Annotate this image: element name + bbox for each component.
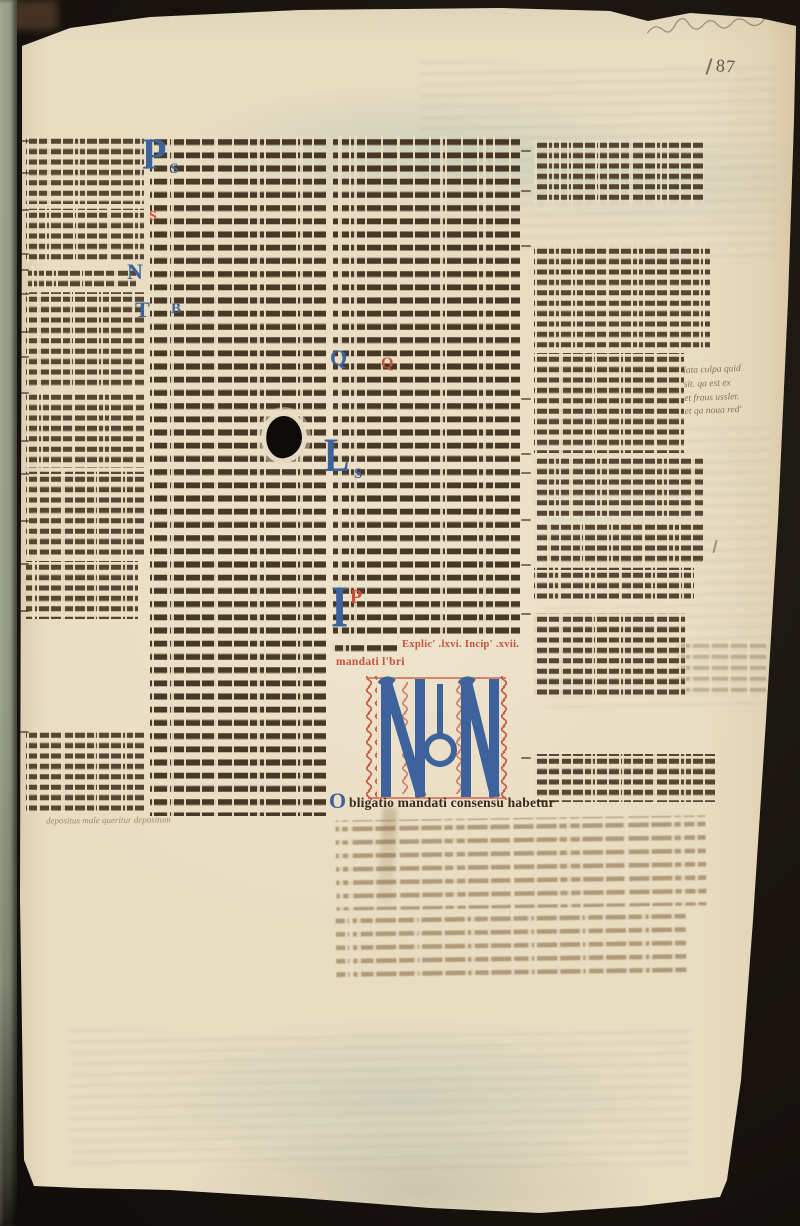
gloss-tie-mark — [19, 356, 29, 358]
left-margin-caption: depositus male queritur depositum — [46, 814, 171, 825]
gloss-tie-mark — [521, 150, 531, 152]
left-gloss-3 — [28, 266, 136, 288]
initial-letter-b-blue: B — [171, 302, 181, 317]
gloss-tie-mark — [521, 472, 531, 474]
left-gloss-4 — [26, 291, 144, 389]
right-gloss-1 — [534, 140, 704, 204]
initial-letter-p-blue: P — [142, 132, 166, 176]
initial-letter-s-blue: S — [170, 162, 178, 177]
gloss-tie-mark — [19, 140, 29, 142]
gloss-tie-mark — [19, 440, 29, 442]
gloss-tie-mark — [19, 392, 29, 394]
left-gloss-2 — [26, 207, 144, 263]
gloss-tie-mark — [521, 453, 531, 455]
left-gloss-5 — [26, 392, 144, 468]
gloss-tie-mark — [521, 398, 531, 400]
initial-letter-s-blue: S — [354, 467, 362, 482]
initial-letter-n-blue: N — [127, 261, 143, 283]
gloss-tie-mark — [521, 613, 531, 615]
left-gloss-6 — [26, 471, 144, 559]
right-gloss-solo-nudo — [534, 754, 716, 802]
right-gloss-mandatum — [534, 611, 686, 697]
gloss-tie-mark — [19, 520, 29, 522]
gloss-tie-mark — [19, 563, 29, 565]
right-gloss-2 — [534, 243, 710, 349]
main-column-2 — [333, 136, 520, 638]
facing-page-edge — [0, 0, 17, 1226]
main-column-1 — [150, 136, 326, 816]
gloss-tie-mark — [19, 253, 29, 255]
initial-letter-t-blue: T — [135, 299, 150, 321]
incipit-line: bligatio mandati consensu habetur — [349, 795, 555, 811]
gloss-tie-mark — [19, 293, 29, 295]
gloss-tie-mark — [521, 190, 531, 192]
initial-letter-p-red: P — [350, 587, 362, 607]
decorated-initial — [364, 674, 510, 802]
right-gloss-6 — [534, 567, 694, 603]
folio-number: 87 — [715, 55, 736, 77]
gloss-tie-mark — [19, 331, 29, 333]
rubric-explicit: Explic' .lxvi. Incip' .xvii. — [402, 639, 519, 650]
initial-letter-i-blue: I — [331, 578, 348, 637]
gloss-tie-mark — [19, 731, 29, 733]
initial-letter-q-blue: Q — [330, 347, 347, 369]
gloss-tie-mark — [19, 473, 29, 475]
show-through-bottom — [70, 1030, 690, 1170]
initial-letter-o-blue: O — [329, 790, 346, 812]
initial-letter-l-blue: L — [324, 432, 349, 480]
right-cursive-addition — [676, 640, 766, 696]
photo-backdrop: 87 Explic' .lxvi. Incip' .xvii. mandati … — [0, 0, 800, 1226]
gloss-tie-mark — [19, 610, 29, 612]
right-margin-cursive-note: lata culpa quid sit. qa est ex et fraus … — [683, 363, 742, 420]
right-gloss-4 — [534, 456, 704, 518]
left-gloss-8 — [26, 729, 144, 813]
manuscript-page: 87 Explic' .lxvi. Incip' .xvii. mandati … — [0, 0, 800, 1226]
top-margin-inscription — [644, 5, 796, 43]
initial-letter-q-red: Q — [381, 356, 393, 372]
left-gloss-1 — [26, 136, 144, 204]
gloss-tie-mark — [521, 757, 531, 759]
left-gloss-7 — [26, 561, 138, 619]
gloss-tie-mark — [521, 519, 531, 521]
gloss-tie-mark — [19, 269, 29, 271]
bottom-cursive-gloss-lower — [336, 908, 687, 979]
right-gloss-5 — [534, 521, 704, 565]
main-column-2-lastline — [333, 641, 397, 652]
gloss-tie-mark — [19, 209, 29, 211]
gloss-tie-mark — [521, 245, 531, 247]
gloss-tie-mark — [521, 564, 531, 566]
initial-letter-s-red: S — [149, 210, 157, 224]
right-gloss-3 — [534, 353, 684, 453]
rubric-title: mandati l'bri — [336, 656, 405, 668]
gloss-tie-mark — [19, 172, 29, 174]
